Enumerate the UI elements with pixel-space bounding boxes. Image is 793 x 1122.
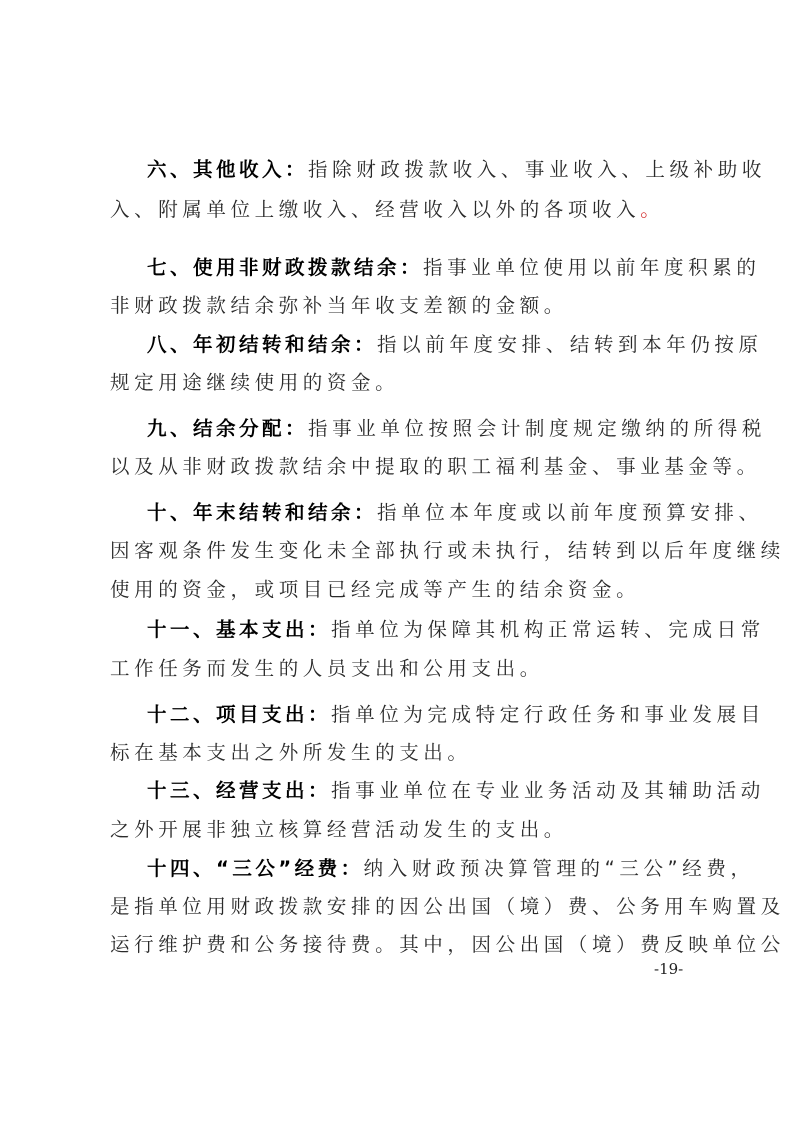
paragraph-10-line-2: 因客观条件发生变化未全部执行或未执行，结转到以后年度继续 [110, 538, 695, 564]
paragraph-13-line-2: 之外开展非独立核算经营活动发生的支出。 [110, 817, 695, 843]
paragraph-8-line-2: 规定用途继续使用的资金。 [110, 370, 695, 396]
term-non-fiscal-balance-use: 七、使用非财政拨款结余： [147, 256, 423, 279]
paragraph-13-line-1: 十三、经营支出：指事业单位在专业业务活动及其辅助活动 [147, 778, 695, 804]
paragraph-11-line-1: 十一、基本支出：指单位为保障其机构正常运转、完成日常 [147, 617, 695, 643]
term-operating-expenditure: 十三、经营支出： [147, 779, 331, 802]
paragraph-6-line-2: 入、附属单位上缴收入、经营收入以外的各项收入。 [110, 197, 695, 223]
term-three-public-expenses: 十四、“三公”经费： [147, 857, 364, 880]
paragraph-6-line-1: 六、其他收入：指除财政拨款收入、事业收入、上级补助收 [147, 157, 695, 183]
paragraph-12-line-2: 标在基本支出之外所发生的支出。 [110, 740, 695, 766]
page-number: -19- [654, 960, 683, 978]
paragraph-12-line-1: 十二、项目支出：指单位为完成特定行政任务和事业发展目 [147, 702, 695, 728]
paragraph-7-line-1: 七、使用非财政拨款结余：指事业单位使用以前年度积累的 [147, 255, 695, 281]
term-closing-carryover: 十、年末结转和结余： [147, 501, 377, 524]
red-period-mark: 。 [640, 198, 664, 221]
paragraph-10-line-3: 使用的资金，或项目已经完成等产生的结余资金。 [110, 577, 695, 603]
document-page: 六、其他收入：指除财政拨款收入、事业收入、上级补助收 入、附属单位上缴收入、经营… [0, 0, 793, 1122]
term-project-expenditure: 十二、项目支出： [147, 703, 331, 726]
paragraph-8-line-1: 八、年初结转和结余：指以前年度安排、结转到本年仍按原 [147, 332, 695, 358]
paragraph-11-line-2: 工作任务而发生的人员支出和公用支出。 [110, 656, 695, 682]
paragraph-7-line-2: 非财政拨款结余弥补当年收支差额的金额。 [110, 293, 695, 319]
paragraph-14-line-3: 运行维护费和公务接待费。其中，因公出国（境）费反映单位公 [110, 932, 695, 958]
paragraph-9-line-1: 九、结余分配：指事业单位按照会计制度规定缴纳的所得税 [147, 416, 695, 442]
paragraph-14-line-1: 十四、“三公”经费：纳入财政预决算管理的“三公”经费， [147, 856, 695, 882]
paragraph-9-line-2: 以及从非财政拨款结余中提取的职工福利基金、事业基金等。 [110, 454, 695, 480]
paragraph-10-line-1: 十、年末结转和结余：指单位本年度或以前年度预算安排、 [147, 500, 695, 526]
term-basic-expenditure: 十一、基本支出： [147, 618, 331, 641]
term-balance-distribution: 九、结余分配： [147, 417, 308, 440]
paragraph-14-line-2: 是指单位用财政拨款安排的因公出国（境）费、公务用车购置及 [110, 894, 695, 920]
term-other-income: 六、其他收入： [147, 158, 308, 181]
term-opening-carryover: 八、年初结转和结余： [147, 333, 377, 356]
